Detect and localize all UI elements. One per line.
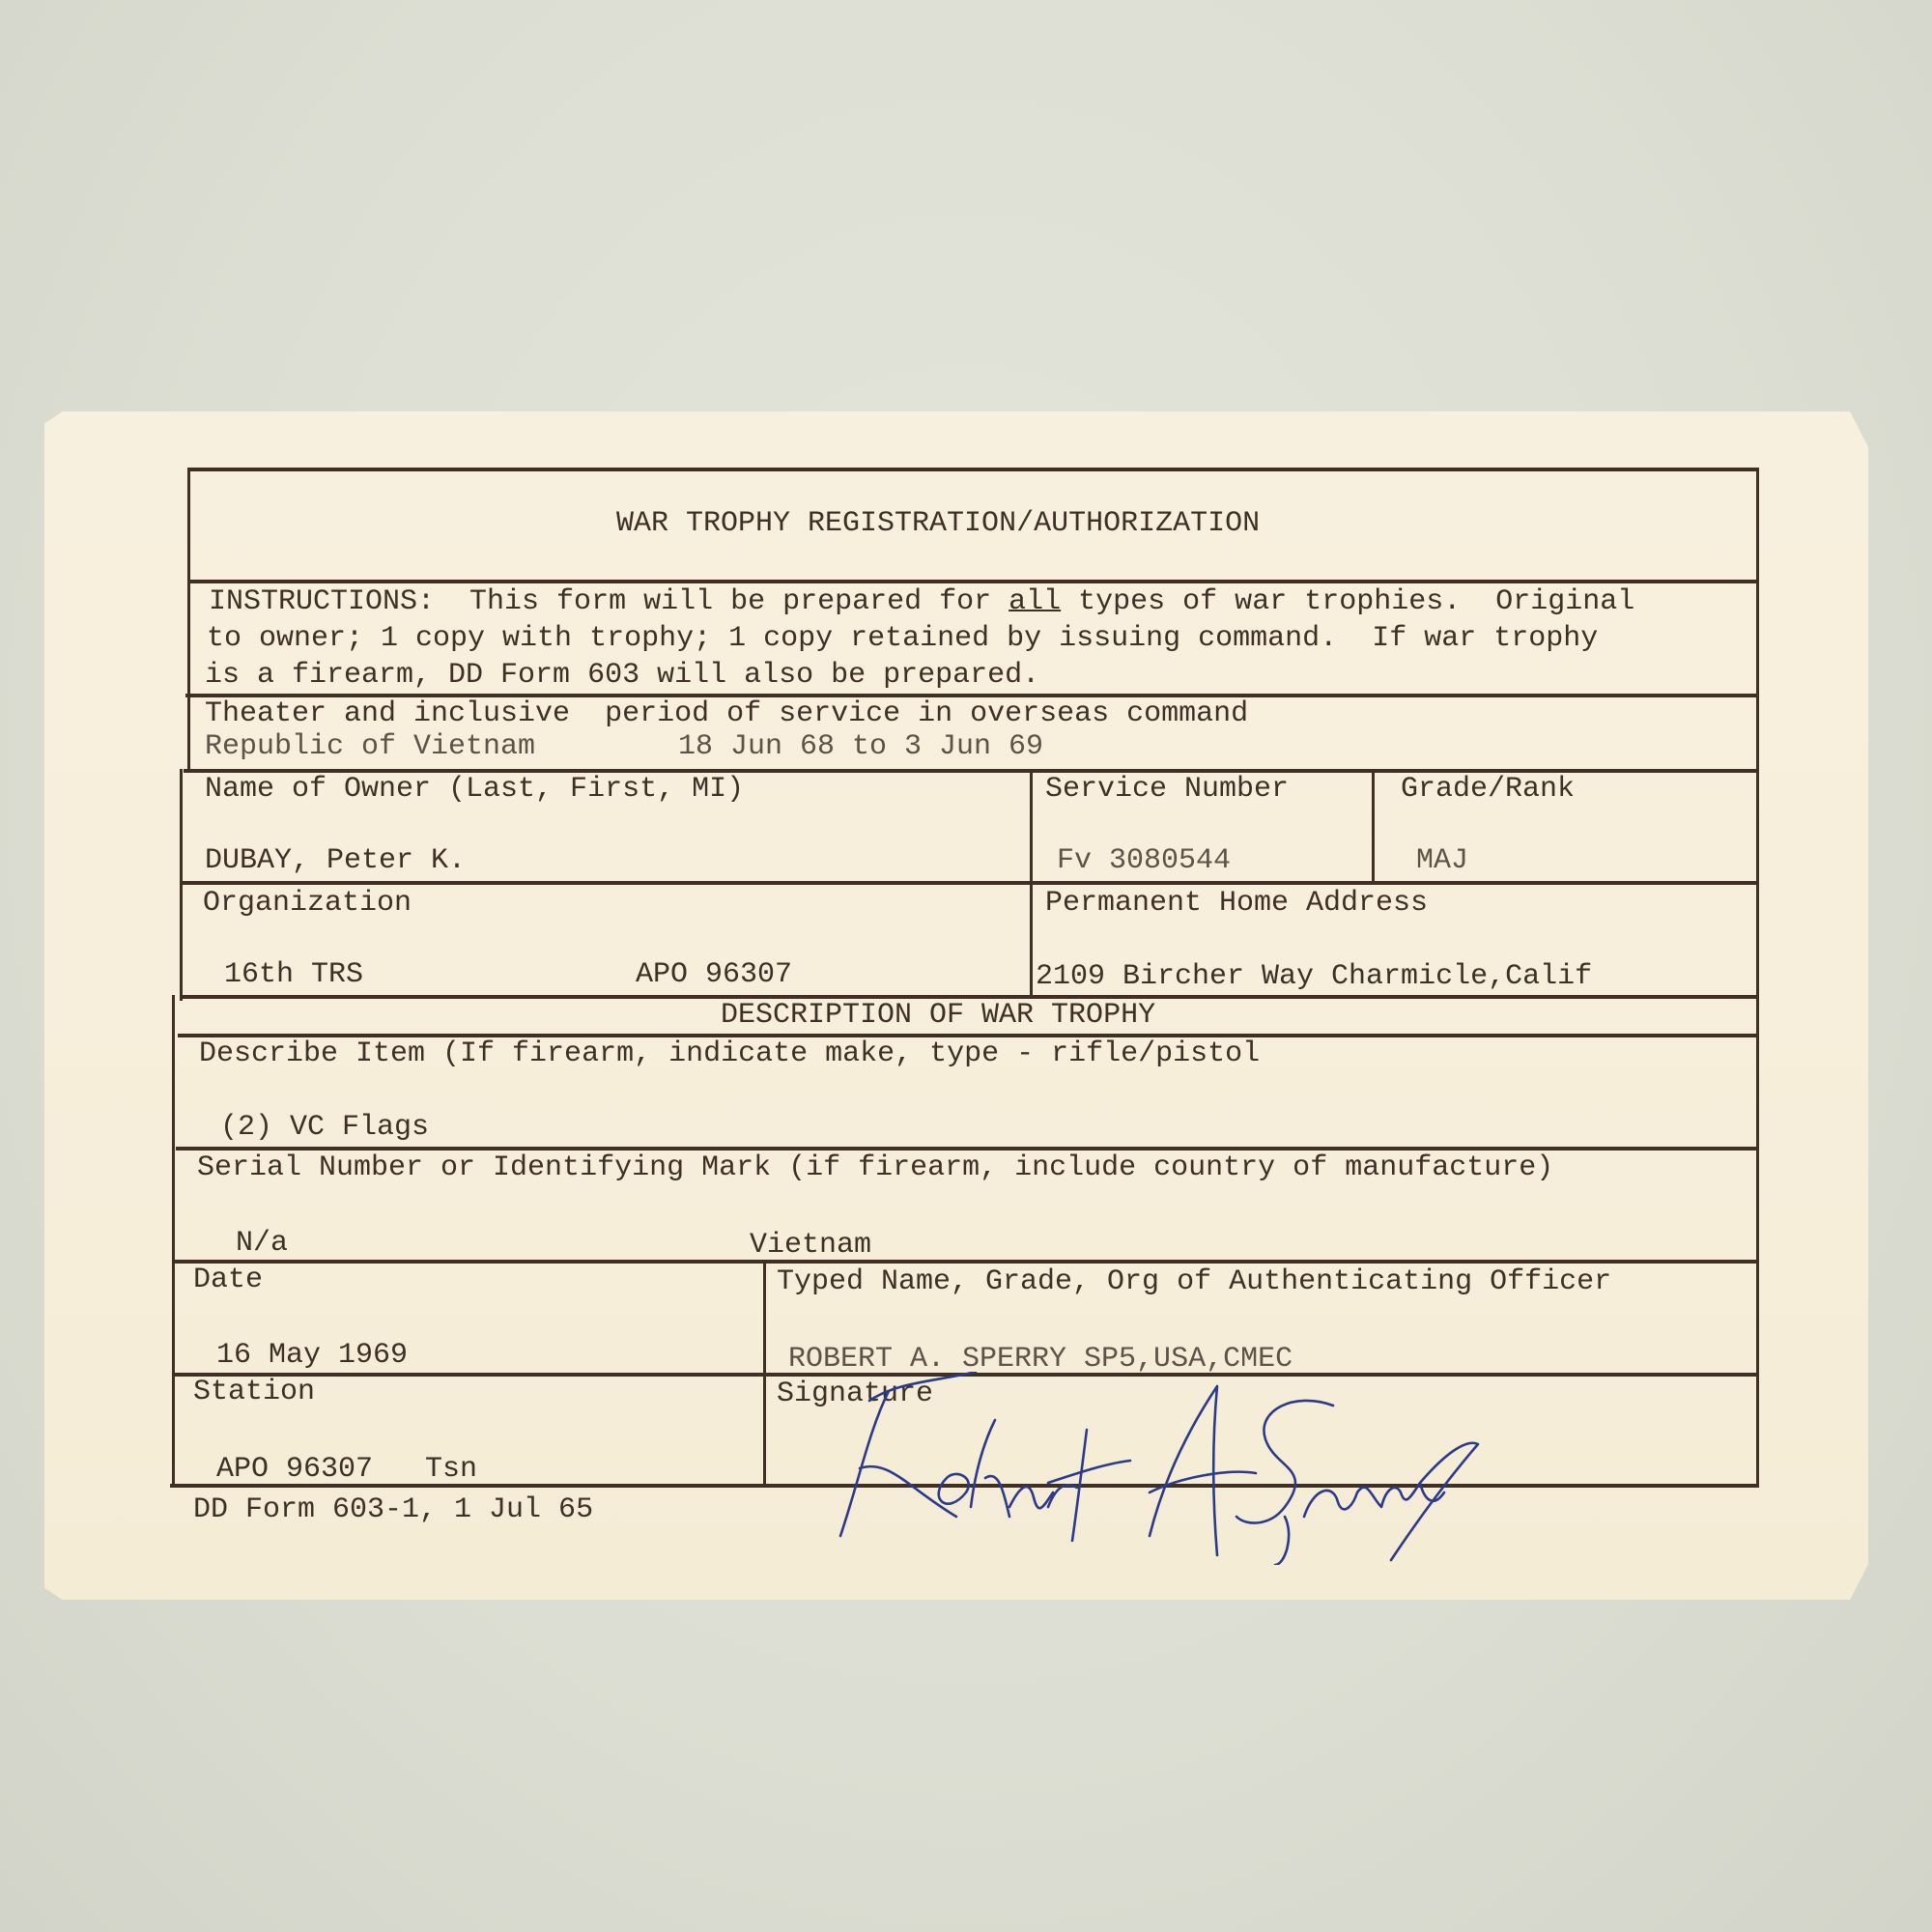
form-border-left-lower	[180, 769, 183, 1001]
organization-label: Organization	[203, 887, 412, 920]
form-border-left-bottom	[172, 995, 175, 1488]
date-label: Date	[193, 1264, 263, 1296]
organization-apo-value: APO 96307	[636, 958, 792, 991]
station-label: Station	[193, 1376, 315, 1408]
describe-item-label: Describe Item (If firearm, indicate make…	[199, 1037, 1260, 1070]
instructions-line-2: to owner; 1 copy with trophy; 1 copy ret…	[207, 622, 1598, 655]
instructions-line-3: is a firearm, DD Form 603 will also be p…	[205, 659, 1039, 692]
divider-owner-service	[1030, 769, 1033, 999]
grade-rank-value: MAJ	[1416, 844, 1468, 877]
officer-label: Typed Name, Grade, Org of Authenticating…	[777, 1265, 1611, 1298]
organization-unit-value: 16th TRS	[224, 958, 363, 991]
form-title: WAR TROPHY REGISTRATION/AUTHORIZATION	[616, 507, 1260, 540]
divider-serial	[174, 1260, 1758, 1264]
home-address-value: 2109 Bircher Way Charmicle,Calif	[1036, 960, 1592, 993]
home-address-label: Permanent Home Address	[1045, 887, 1428, 920]
divider-service-grade	[1372, 769, 1375, 883]
instructions-emphasis: all	[1009, 585, 1061, 618]
theater-value: Republic of Vietnam	[205, 730, 535, 763]
divider-date-officer	[763, 1260, 766, 1488]
instructions-text-a: INSTRUCTIONS: This form will be prepared…	[209, 585, 1009, 618]
serial-label: Serial Number or Identifying Mark (if fi…	[197, 1151, 1553, 1184]
describe-item-value: (2) VC Flags	[220, 1111, 429, 1144]
service-period-value: 18 Jun 68 to 3 Jun 69	[678, 730, 1043, 763]
date-value: 16 May 1969	[216, 1339, 408, 1372]
station-value: APO 96307 Tsn	[216, 1453, 477, 1486]
serial-value: N/a	[236, 1227, 288, 1260]
divider-owner	[182, 881, 1758, 885]
owner-label: Name of Owner (Last, First, MI)	[205, 773, 744, 806]
divider-describe-item	[176, 1147, 1758, 1151]
form-border-top	[187, 468, 1758, 471]
form-number: DD Form 603-1, 1 Jul 65	[193, 1493, 593, 1526]
service-number-label: Service Number	[1045, 773, 1289, 806]
theater-label: Theater and inclusive period of service …	[205, 697, 1248, 730]
service-number-value: Fv 3080544	[1057, 844, 1231, 877]
form-border-left	[187, 468, 190, 773]
form-border-right	[1756, 468, 1759, 1488]
description-header: DESCRIPTION OF WAR TROPHY	[721, 999, 1155, 1032]
owner-value: DUBAY, Peter K.	[205, 844, 466, 877]
grade-rank-label: Grade/Rank	[1401, 773, 1575, 806]
divider-title	[187, 580, 1758, 583]
country-value: Vietnam	[750, 1229, 871, 1262]
instructions-line-1: INSTRUCTIONS: This form will be prepared…	[209, 585, 1634, 618]
handwritten-signature	[831, 1372, 1565, 1565]
instructions-text-b: types of war trophies. Original	[1061, 585, 1634, 618]
officer-value: ROBERT A. SPERRY SP5,USA,CMEC	[788, 1343, 1293, 1376]
